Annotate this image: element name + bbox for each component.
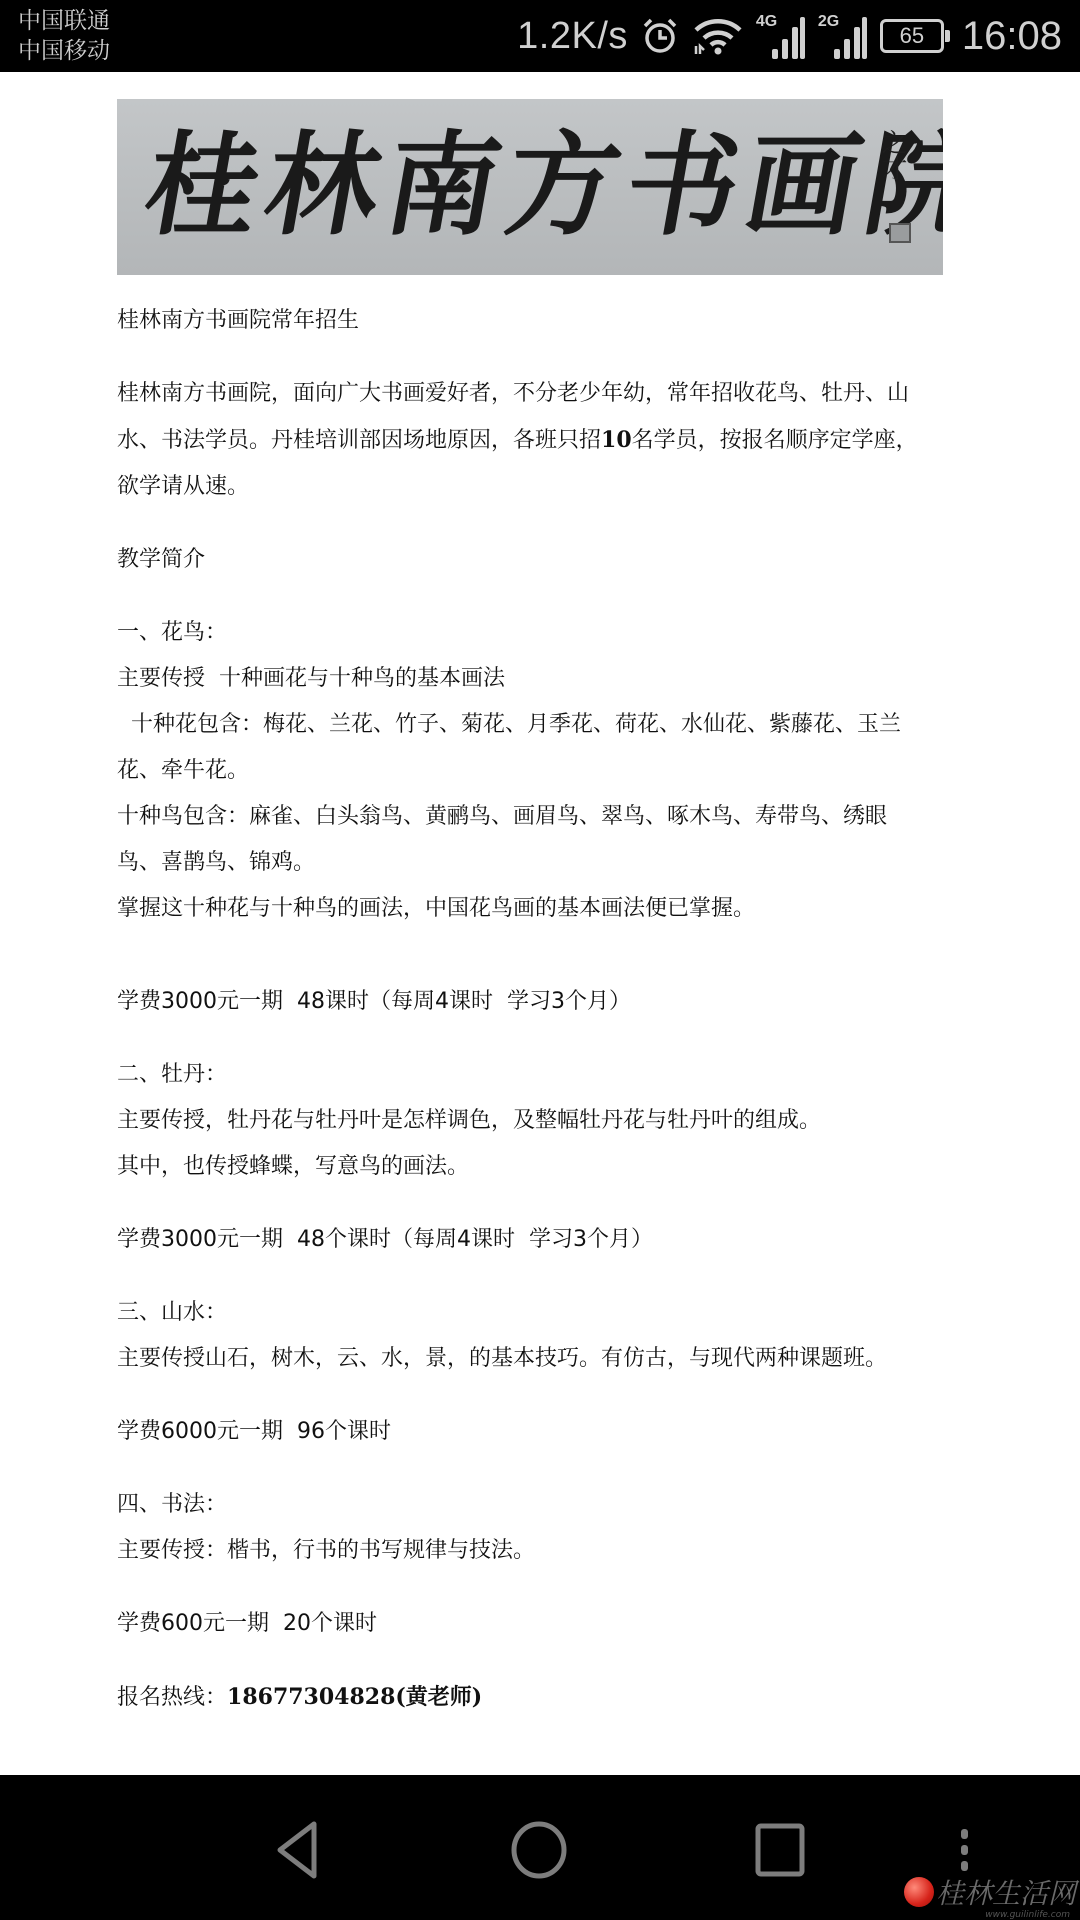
section-fee: 学费3000元一期 48个课时（每周4课时 学习3个月） bbox=[117, 1217, 947, 1263]
status-bar: 中国联通 中国移动 1.2K/s 4G bbox=[0, 0, 1080, 72]
hotline: 报名热线：18677304828(黄老师) bbox=[117, 1674, 947, 1721]
section-heading: 三、山水： bbox=[117, 1290, 947, 1336]
intro-line-1: 桂林南方书画院，面向广大书画爱好者，不分老少年幼，常年招收花鸟、牡丹、山 bbox=[117, 371, 947, 417]
section-fee: 学费600元一期 20个课时 bbox=[117, 1601, 947, 1647]
section-line: 掌握这十种花与十种鸟的画法，中国花鸟画的基本画法便已掌握。 bbox=[117, 886, 947, 932]
section-heading: 二、牡丹： bbox=[117, 1052, 947, 1098]
section-line: 十种花包含：梅花、兰花、竹子、菊花、月季花、荷花、水仙花、紫藤花、玉兰 bbox=[117, 702, 947, 748]
battery-level: 65 bbox=[900, 23, 924, 49]
article-body: 桂林南方书画院常年招生 桂林南方书画院，面向广大书画爱好者，不分老少年幼，常年招… bbox=[117, 298, 947, 1721]
watermark-text: 桂林生活网 bbox=[936, 1872, 1076, 1912]
section-calligraphy: 四、书法： 主要传授：楷书，行书的书写规律与技法。 学费600元一期 20个课时 bbox=[117, 1482, 947, 1647]
intro-line-2: 水、书法学员。丹桂培训部因场地原因，各班只招10名学员，按报名顺序定学座， bbox=[117, 417, 947, 464]
section-line: 十种鸟包含：麻雀、白头翁鸟、黄鹂鸟、画眉鸟、翠鸟、啄木鸟、寿带鸟、绣眼 bbox=[117, 794, 947, 840]
network-speed: 1.2K/s bbox=[517, 15, 628, 58]
battery-icon: 65 bbox=[880, 19, 944, 53]
article-title: 桂林南方书画院常年招生 bbox=[117, 298, 947, 344]
back-icon bbox=[270, 1818, 330, 1882]
watermark-url: www.guilinlife.com bbox=[985, 1910, 1070, 1920]
navigation-bar: 桂林生活网 www.guilinlife.com bbox=[0, 1775, 1080, 1920]
seal-stamp-icon bbox=[889, 223, 911, 243]
section-line: 主要传授，牡丹花与牡丹叶是怎样调色，及整幅牡丹花与牡丹叶的组成。 bbox=[117, 1098, 947, 1144]
carrier-2: 中国移动 bbox=[18, 36, 110, 66]
banner-calligraphy: 桂林南方书画院 bbox=[134, 111, 943, 261]
article-content: 桂林南方书画院 之才 桂林南方书画院常年招生 桂林南方书画院，面向广大书画爱好者… bbox=[117, 99, 947, 1721]
status-icons: 1.2K/s 4G bbox=[517, 0, 1062, 72]
section-landscape: 三、山水： 主要传授山石，树木，云、水，景，的基本技巧。有仿古，与现代两种课题班… bbox=[117, 1290, 947, 1455]
section-line: 花、牵牛花。 bbox=[117, 748, 947, 794]
back-button[interactable] bbox=[255, 1805, 345, 1895]
recents-button[interactable] bbox=[735, 1805, 825, 1895]
recents-icon bbox=[750, 1818, 810, 1882]
calligraphy-banner-image: 桂林南方书画院 之才 bbox=[117, 99, 943, 275]
section-line: 主要传授山石，树木，云、水，景，的基本技巧。有仿古，与现代两种课题班。 bbox=[117, 1336, 947, 1382]
section-line: 鸟、喜鹊鸟、锦鸡。 bbox=[117, 840, 947, 886]
alarm-clock-icon bbox=[640, 16, 680, 56]
more-vert-icon bbox=[957, 1825, 973, 1875]
intro-line-3: 欲学请从速。 bbox=[117, 464, 947, 510]
section-heading: 一、花鸟： bbox=[117, 610, 947, 656]
teaching-heading: 教学简介 bbox=[117, 537, 947, 583]
carrier-1: 中国联通 bbox=[18, 6, 110, 36]
signal-2g: 2G bbox=[818, 11, 868, 61]
section-line: 主要传授：楷书，行书的书写规律与技法。 bbox=[117, 1528, 947, 1574]
section-heading: 四、书法： bbox=[117, 1482, 947, 1528]
watermark-logo-icon bbox=[904, 1877, 934, 1907]
section-peony: 二、牡丹： 主要传授，牡丹花与牡丹叶是怎样调色，及整幅牡丹花与牡丹叶的组成。 其… bbox=[117, 1052, 947, 1263]
hotline-label: 报名热线： bbox=[117, 1685, 227, 1710]
wifi-icon bbox=[692, 16, 744, 56]
section-fee: 学费3000元一期 48课时（每周4课时 学习3个月） bbox=[117, 979, 947, 1025]
signal-2g-label: 2G bbox=[818, 13, 839, 31]
home-button[interactable] bbox=[494, 1805, 584, 1895]
hotline-number[interactable]: 18677304828(黄老师) bbox=[227, 1684, 482, 1710]
section-line: 其中，也传授蜂蝶，写意鸟的画法。 bbox=[117, 1144, 947, 1190]
watermark-logo: 桂林生活网 bbox=[904, 1872, 1076, 1912]
section-line: 主要传授 十种画花与十种鸟的基本画法 bbox=[117, 656, 947, 702]
section-fee: 学费6000元一期 96个课时 bbox=[117, 1409, 947, 1455]
signal-4g: 4G bbox=[756, 11, 806, 61]
signal-4g-label: 4G bbox=[756, 13, 777, 31]
carrier-names: 中国联通 中国移动 bbox=[18, 6, 110, 66]
banner-signature: 之才 bbox=[874, 129, 911, 181]
clock: 16:08 bbox=[962, 14, 1062, 59]
home-icon bbox=[507, 1818, 571, 1882]
section-flower-bird: 一、花鸟： 主要传授 十种画花与十种鸟的基本画法 十种花包含：梅花、兰花、竹子、… bbox=[117, 610, 947, 1025]
